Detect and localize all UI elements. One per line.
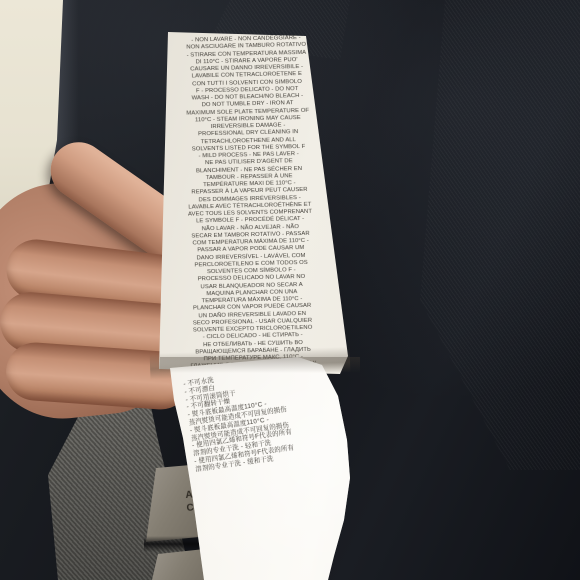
care-label-upper-text: - NON LAVARE - NON CANDEGGIARE -NON ASCI… <box>167 34 333 371</box>
photo-care-label-scene: AC - NON LAVARE - NON CANDEGGIARE -NON A… <box>0 0 580 580</box>
